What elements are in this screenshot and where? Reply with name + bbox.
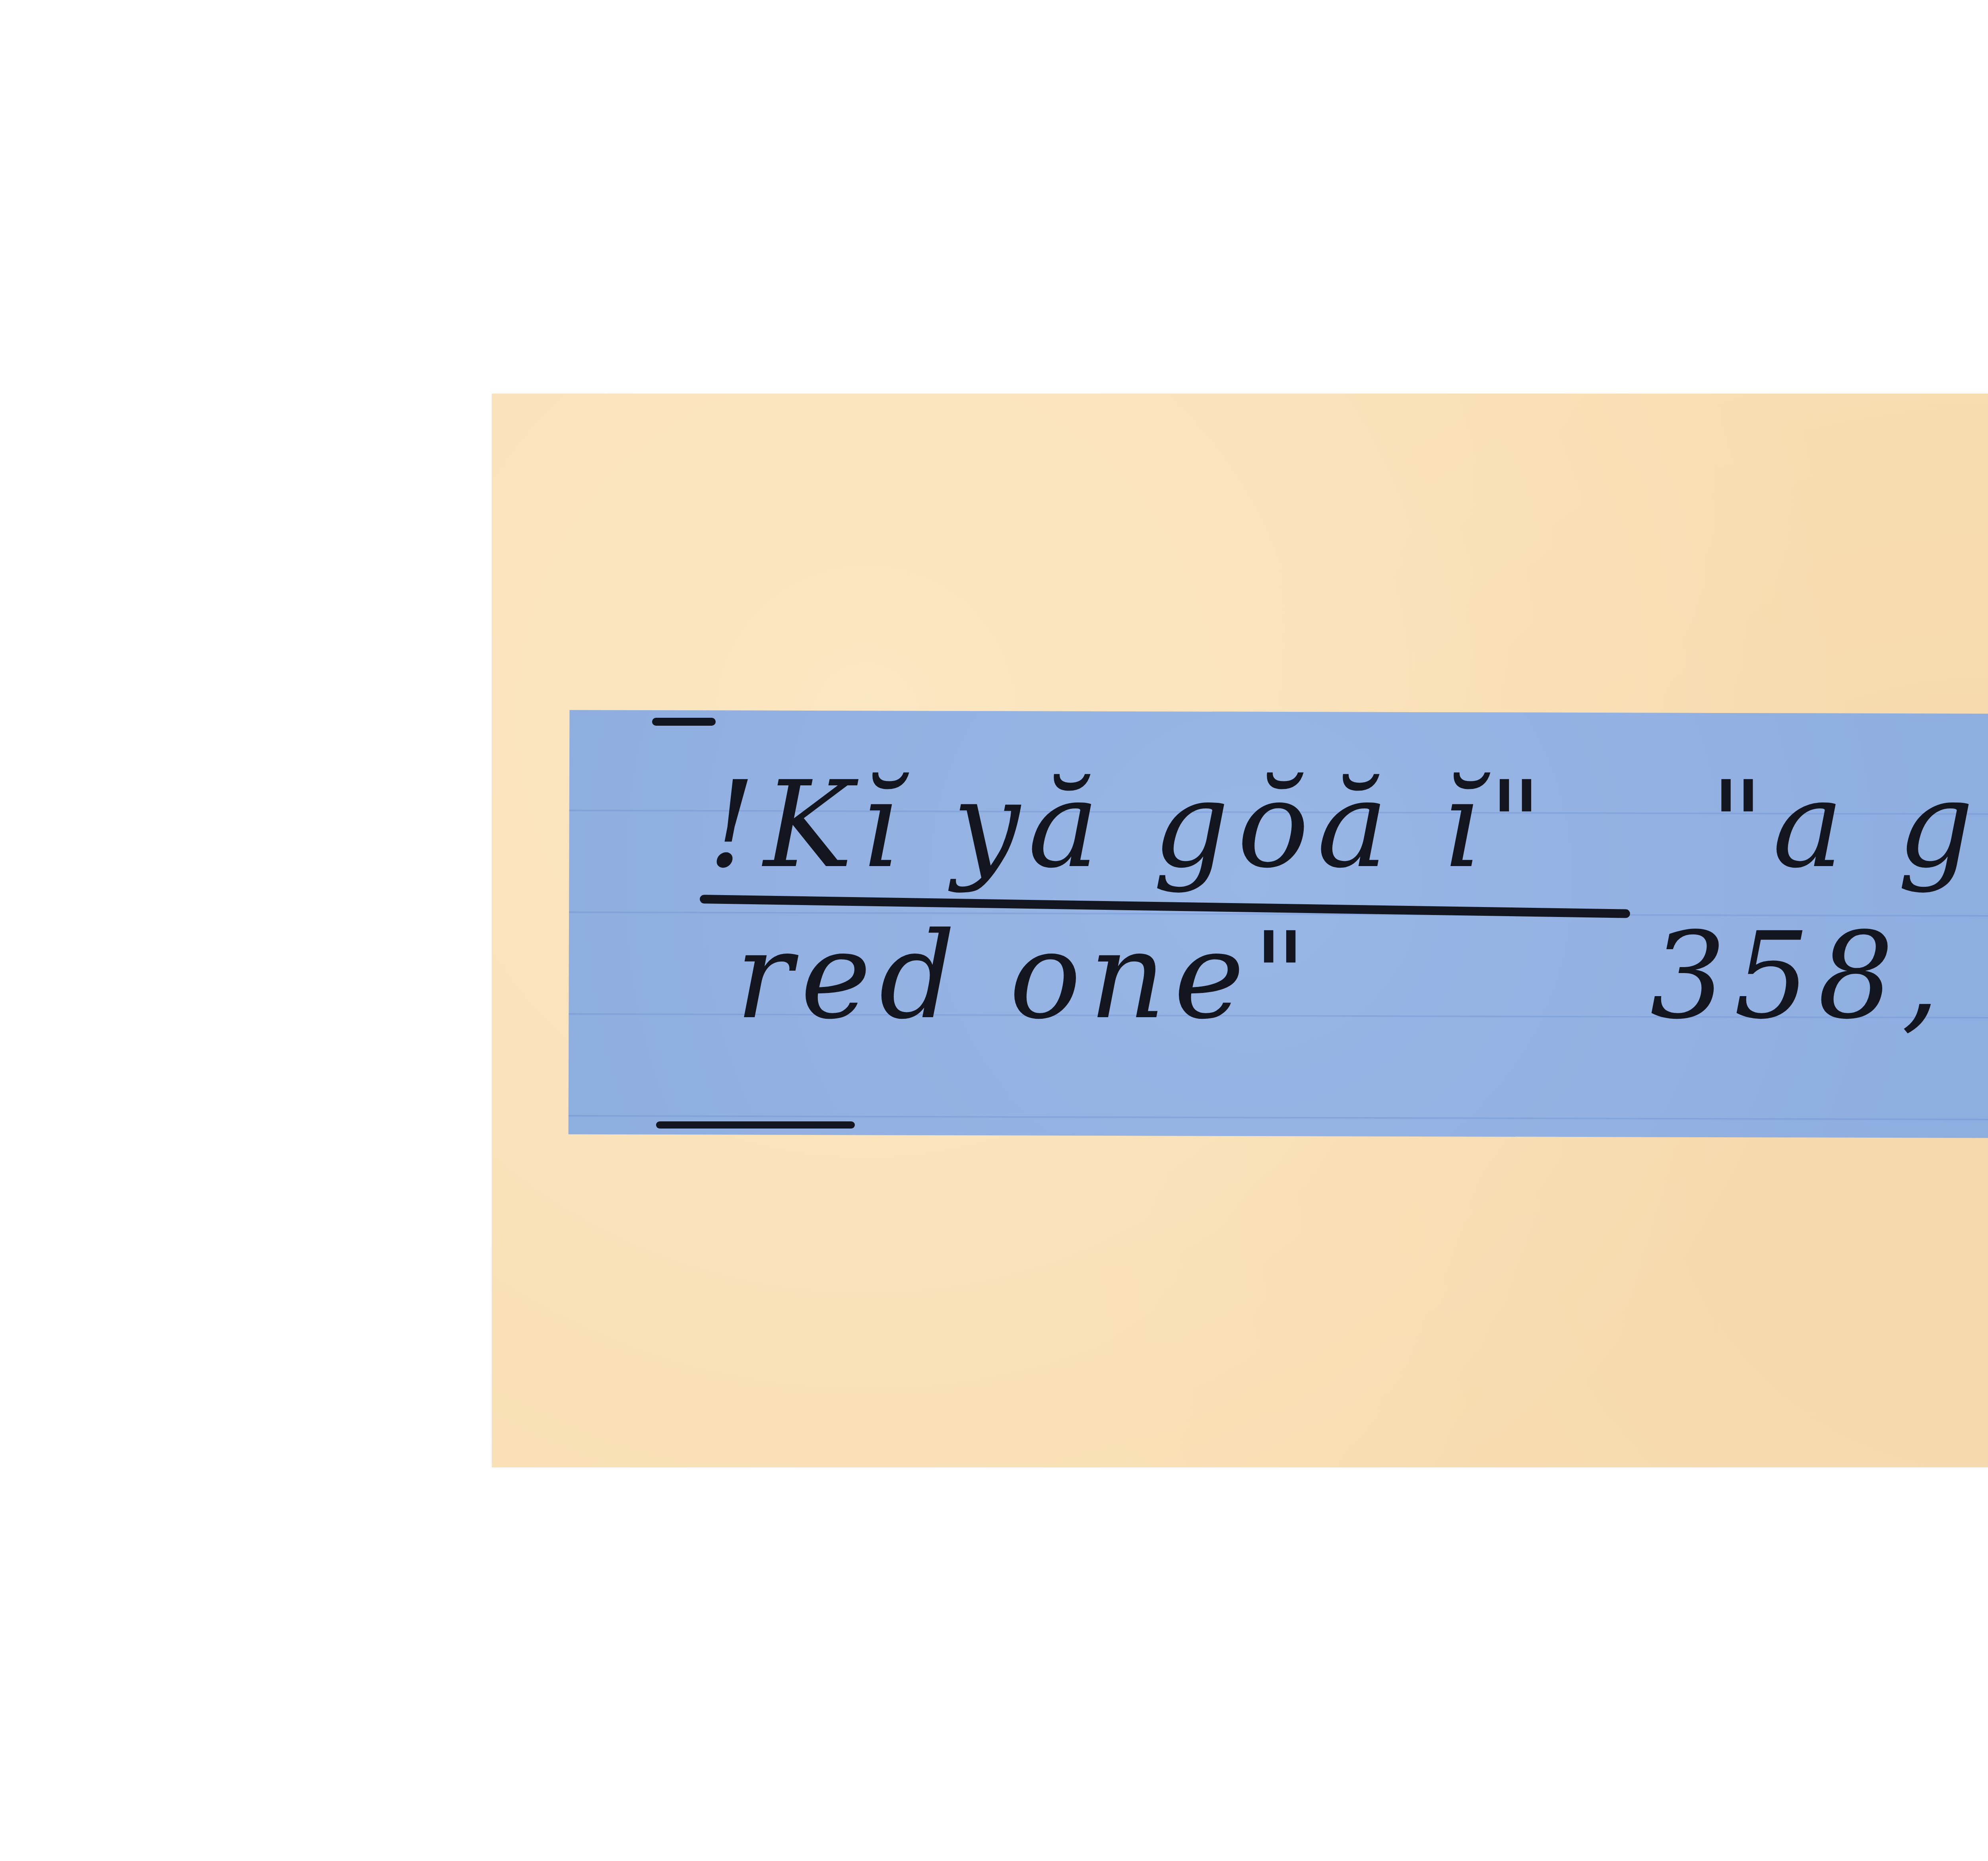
label-reference-number: 358, 19/1 xyxy=(1650,907,1988,1045)
label-gloss-line2: red one" xyxy=(736,907,1315,1045)
label-gloss-line1: "a great xyxy=(1710,756,1988,894)
margin-tick-top xyxy=(652,718,716,726)
margin-tick-bottom xyxy=(656,1121,855,1129)
label-term: !Kĭ yă gŏă ĭ" xyxy=(708,756,1551,894)
